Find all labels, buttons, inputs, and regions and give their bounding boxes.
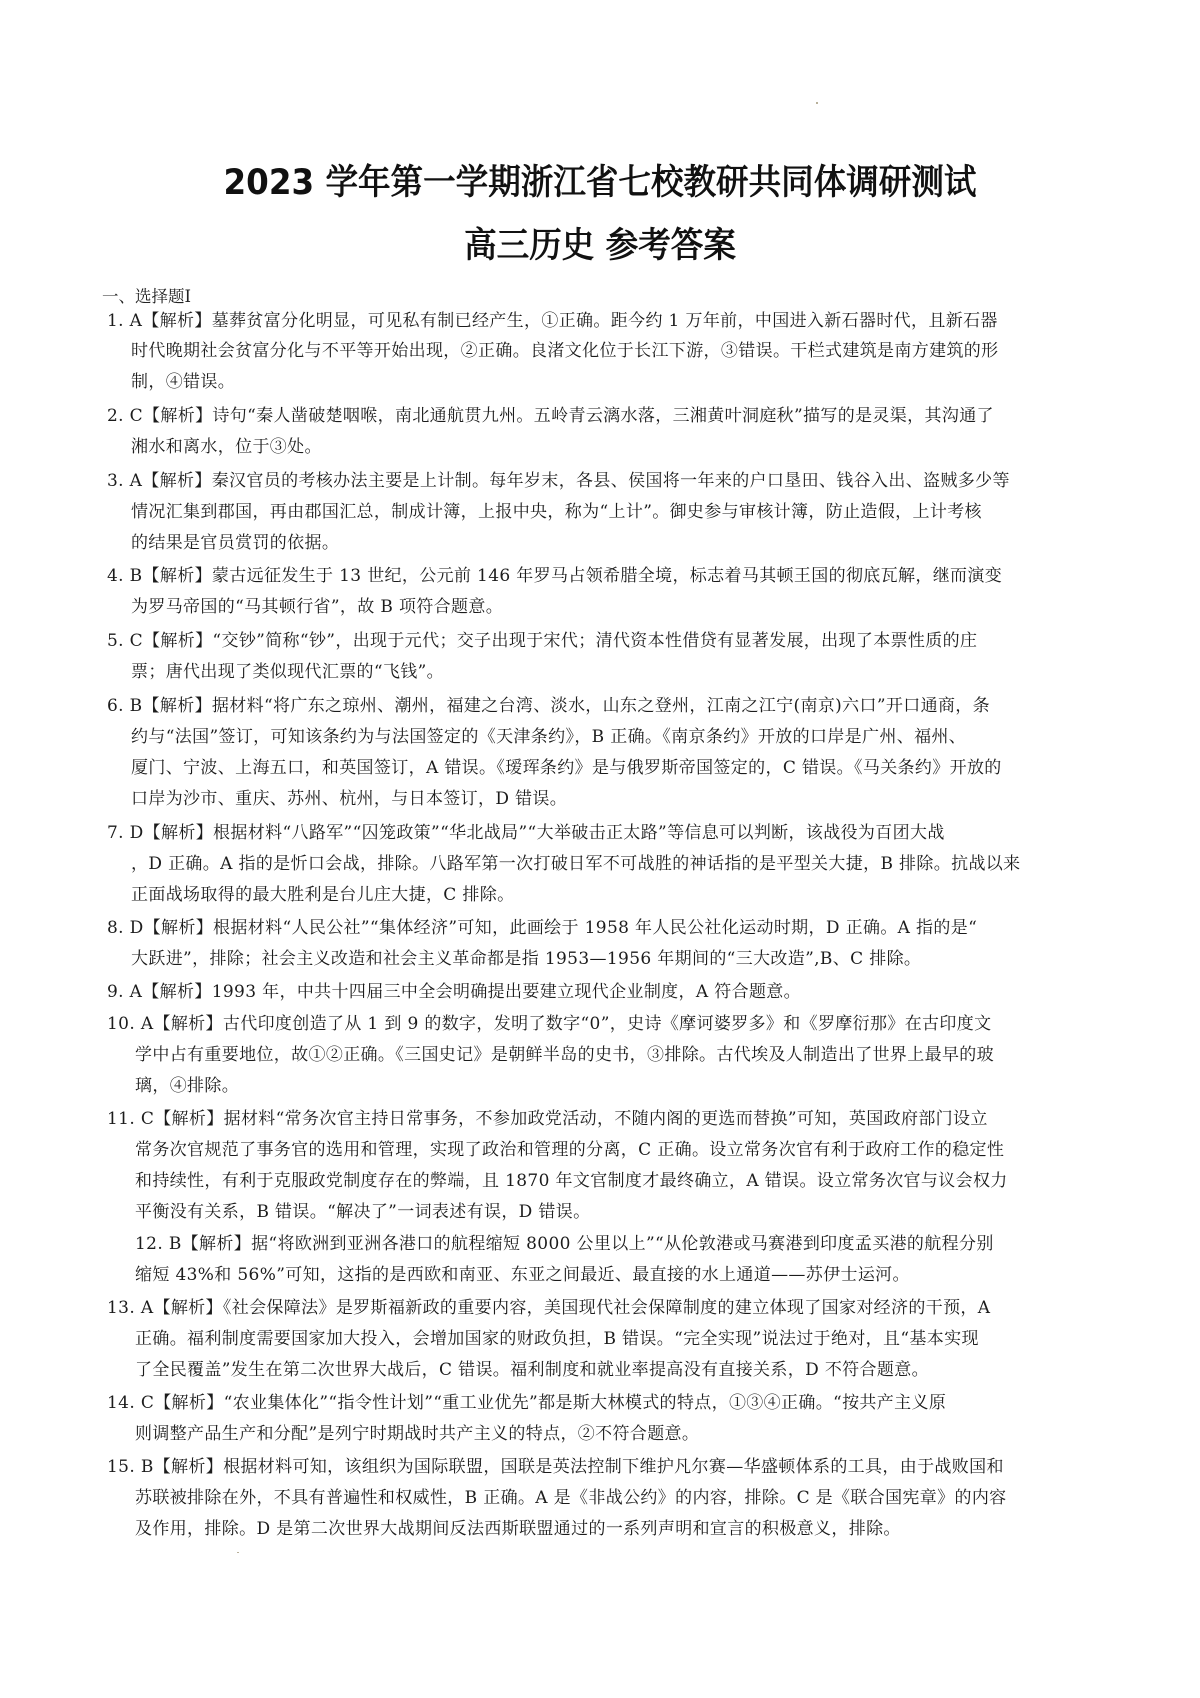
answer-line: 11. C【解析】据材料“常务次官主持日常事务，不参加政党活动，不随内阁的更选而…	[107, 1108, 988, 1130]
answer-line: 3. A【解析】秦汉官员的考核办法主要是上计制。每年岁末，各县、侯国将一年来的户…	[107, 470, 1010, 492]
answer-line: 7. D【解析】根据材料“八路军”“囚笼政策”“华北战局”“大举破击正太路”等信…	[107, 822, 945, 844]
answer-line: ，D 正确。A 指的是忻口会战，排除。八路军第一次打破日军不可战胜的神话指的是平…	[131, 853, 1021, 875]
answer-line: 6. B【解析】据材料“将广东之琼州、潮州，福建之台湾、淡水，山东之登州，江南之…	[107, 695, 990, 717]
answer-line: 璃，④排除。	[135, 1075, 239, 1097]
answer-line: 缩短 43%和 56%”可知，这指的是西欧和南亚、东亚之间最近、最直接的水上通道…	[135, 1264, 910, 1286]
answer-line: 则调整产品生产和分配”是列宁时期战时共产主义的特点，②不符合题意。	[135, 1423, 699, 1445]
answer-line: 制，④错误。	[131, 371, 235, 393]
answer-line: 的结果是官员赏罚的依据。	[131, 532, 339, 554]
answer-line: 为罗马帝国的“马其顿行省”，故 B 项符合题意。	[131, 596, 503, 618]
answer-line: 13. A【解析】《社会保障法》是罗斯福新政的重要内容，美国现代社会保障制度的建…	[107, 1297, 990, 1319]
scan-speck	[237, 1552, 239, 1553]
answer-line: 学中占有重要地位，故①②正确。《三国史记》是朝鲜半岛的史书，③排除。古代埃及人制…	[135, 1044, 994, 1066]
answer-line: 了全民覆盖”发生在第二次世界大战后，C 错误。福利制度和就业率提高没有直接关系，…	[135, 1359, 929, 1381]
answer-line: 5. C【解析】“交钞”简称“钞”，出现于元代；交子出现于宋代；清代资本性借贷有…	[107, 630, 977, 652]
answer-line: 15. B【解析】根据材料可知，该组织为国际联盟，国联是英法控制下维护凡尔赛—华…	[107, 1456, 1004, 1478]
answer-line: 时代晚期社会贫富分化与不平等开始出现，②正确。良渚文化位于长江下游，③错误。干栏…	[131, 340, 999, 362]
answer-line: 厦门、宁波、上海五口，和英国签订，A 错误。《瑷珲条约》是与俄罗斯帝国签定的，C…	[131, 757, 1002, 779]
document-title: 2023 学年第一学期浙江省七校教研共同体调研测试	[42, 155, 1158, 205]
answer-line: 9. A【解析】1993 年，中共十四届三中全会明确提出要建立现代企业制度，A …	[107, 981, 801, 1003]
answer-line: 平衡没有关系，B 错误。“解决了”一词表述有误，D 错误。	[135, 1201, 590, 1223]
answer-line: 口岸为沙市、重庆、苏州、杭州，与日本签订，D 错误。	[131, 788, 567, 810]
answer-line: 约与“法国”签订，可知该条约为与法国签定的《天津条约》，B 正确。《南京条约》开…	[131, 726, 966, 748]
answer-line: 苏联被排除在外，不具有普遍性和权威性，B 正确。A 是《非战公约》的内容，排除。…	[135, 1487, 1007, 1509]
answer-line: 12. B【解析】据“将欧洲到亚洲各港口的航程缩短 8000 公里以上”“从伦敦…	[135, 1233, 994, 1255]
answer-line: 14. C【解析】“农业集体化”“指令性计划”“重工业优先”都是斯大林模式的特点…	[107, 1392, 946, 1414]
document-subtitle: 高三历史 参考答案	[42, 218, 1158, 268]
answer-line: 情况汇集到郡国，再由郡国汇总，制成计簿，上报中央，称为“上计”。御史参与审核计簿…	[131, 501, 982, 523]
answer-key-page: 2023 学年第一学期浙江省七校教研共同体调研测试 高三历史 参考答案 一、选择…	[0, 0, 1200, 1698]
answer-line: 常务次官规范了事务官的选用和管理，实现了政治和管理的分离，C 正确。设立常务次官…	[135, 1139, 1004, 1161]
answer-line: 1. A【解析】墓葬贫富分化明显，可见私有制已经产生，①正确。距今约 1 万年前…	[107, 310, 998, 332]
answer-line: 票；唐代出现了类似现代汇票的“飞钱”。	[131, 661, 444, 683]
scan-speck	[816, 102, 818, 104]
answer-line: 和持续性，有利于克服政党制度存在的弊端，且 1870 年文官制度才最终确立，A …	[135, 1170, 1008, 1192]
answer-line: 8. D【解析】根据材料“人民公社”“集体经济”可知，此画绘于 1958 年人民…	[107, 917, 977, 939]
answer-line: 大跃进”，排除；社会主义改造和社会主义革命都是指 1953—1956 年期间的“…	[131, 948, 921, 970]
section-heading: 一、选择题Ⅰ	[102, 283, 191, 307]
answer-line: 10. A【解析】古代印度创造了从 1 到 9 的数字，发明了数字“0”，史诗《…	[107, 1013, 991, 1035]
answer-line: 2. C【解析】诗句“秦人凿破楚咽喉，南北通航贯九州。五岭青云漓水落，三湘黄叶洞…	[107, 405, 994, 427]
answer-line: 正确。福利制度需要国家加大投入，会增加国家的财政负担，B 错误。“完全实现”说法…	[135, 1328, 979, 1350]
answer-line: 及作用，排除。D 是第二次世界大战期间反法西斯联盟通过的一系列声明和宣言的积极意…	[135, 1518, 901, 1540]
answer-line: 正面战场取得的最大胜利是台儿庄大捷，C 排除。	[131, 884, 514, 906]
answer-line: 4. B【解析】蒙古远征发生于 13 世纪，公元前 146 年罗马占领希腊全境，…	[107, 565, 1002, 587]
answer-line: 湘水和离水，位于③处。	[131, 436, 322, 458]
